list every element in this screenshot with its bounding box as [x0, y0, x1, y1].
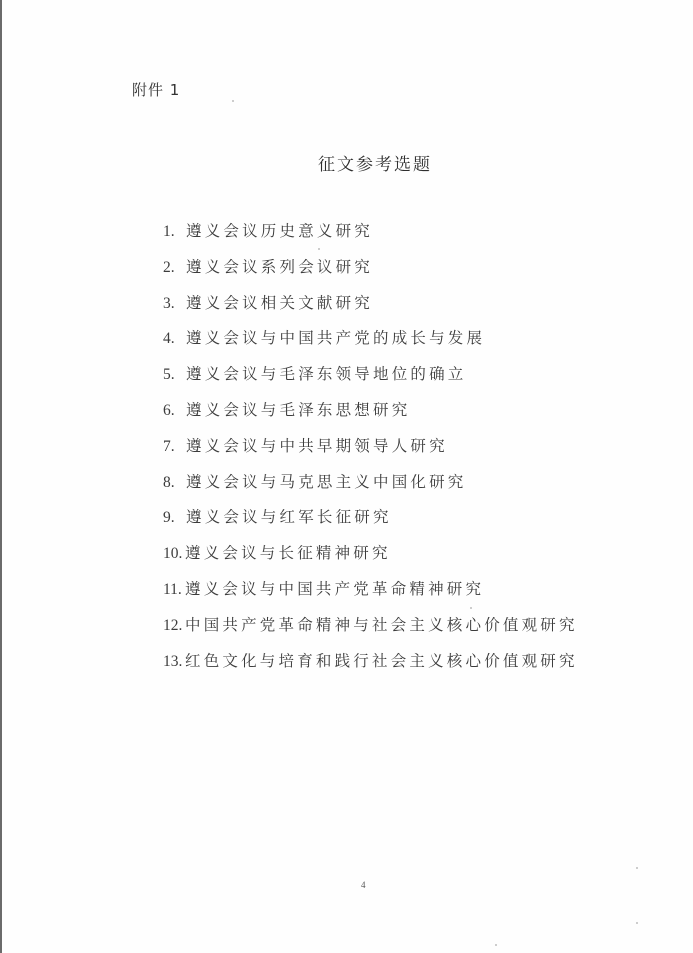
topic-item: 4.遵义会议与中国共产党的成长与发展	[163, 327, 578, 363]
scan-speck	[636, 867, 638, 869]
attachment-label: 附件 1	[132, 79, 180, 100]
topic-item: 3.遵义会议相关文献研究	[163, 292, 578, 328]
scan-speck	[152, 82, 154, 84]
topic-item: 12.中国共产党革命精神与社会主义核心价值观研究	[163, 614, 578, 650]
topic-text: 遵义会议系列会议研究	[186, 258, 373, 276]
topic-text: 遵义会议与中共早期领导人研究	[186, 437, 448, 455]
topic-item: 10.遵义会议与长征精神研究	[163, 542, 578, 578]
topic-number: 8.	[163, 472, 186, 494]
topic-number: 12.	[163, 615, 185, 637]
document-title: 征文参考选题	[318, 150, 432, 175]
topic-number: 10.	[163, 543, 185, 565]
topic-number: 9.	[163, 507, 186, 529]
topic-number: 1.	[163, 221, 186, 243]
topic-list: 1.遵义会议历史意义研究 2.遵义会议系列会议研究 3.遵义会议相关文献研究 4…	[163, 220, 578, 685]
topic-item: 9.遵义会议与红军长征研究	[163, 506, 578, 542]
topic-item: 11.遵义会议与中国共产党革命精神研究	[163, 578, 578, 614]
topic-text: 遵义会议历史意义研究	[186, 222, 373, 240]
topic-item: 8.遵义会议与马克思主义中国化研究	[163, 471, 578, 507]
topic-item: 13.红色文化与培育和践行社会主义核心价值观研究	[163, 650, 578, 686]
scan-speck	[470, 607, 472, 609]
topic-number: 2.	[163, 257, 186, 279]
topic-text: 红色文化与培育和践行社会主义核心价值观研究	[185, 652, 578, 670]
topic-item: 7.遵义会议与中共早期领导人研究	[163, 435, 578, 471]
topic-number: 6.	[163, 400, 186, 422]
topic-text: 遵义会议与中国共产党的成长与发展	[186, 329, 485, 347]
topic-text: 遵义会议与长征精神研究	[185, 544, 391, 562]
topic-text: 遵义会议与中国共产党革命精神研究	[185, 580, 484, 598]
topic-item: 2.遵义会议系列会议研究	[163, 256, 578, 292]
topic-number: 11.	[163, 579, 185, 601]
topic-number: 4.	[163, 328, 186, 350]
topic-number: 3.	[163, 293, 186, 315]
scan-speck	[495, 944, 497, 946]
topic-text: 遵义会议与毛泽东领导地位的确立	[186, 365, 467, 383]
topic-text: 遵义会议与毛泽东思想研究	[186, 401, 410, 419]
topic-item: 6.遵义会议与毛泽东思想研究	[163, 399, 578, 435]
topic-text: 遵义会议与马克思主义中国化研究	[186, 473, 467, 491]
scanned-page: 附件 1 征文参考选题 1.遵义会议历史意义研究 2.遵义会议系列会议研究 3.…	[0, 0, 693, 953]
topic-item: 5.遵义会议与毛泽东领导地位的确立	[163, 363, 578, 399]
scan-edge	[0, 0, 2, 953]
scan-speck	[318, 248, 320, 250]
topic-text: 遵义会议与红军长征研究	[186, 508, 392, 526]
page-number: 4	[361, 880, 366, 890]
topic-text: 遵义会议相关文献研究	[186, 294, 373, 312]
topic-number: 13.	[163, 651, 185, 673]
topic-text: 中国共产党革命精神与社会主义核心价值观研究	[185, 616, 578, 634]
topic-number: 7.	[163, 436, 186, 458]
topic-number: 5.	[163, 364, 186, 386]
scan-speck	[232, 100, 234, 102]
scan-speck	[636, 922, 638, 924]
topic-item: 1.遵义会议历史意义研究	[163, 220, 578, 256]
